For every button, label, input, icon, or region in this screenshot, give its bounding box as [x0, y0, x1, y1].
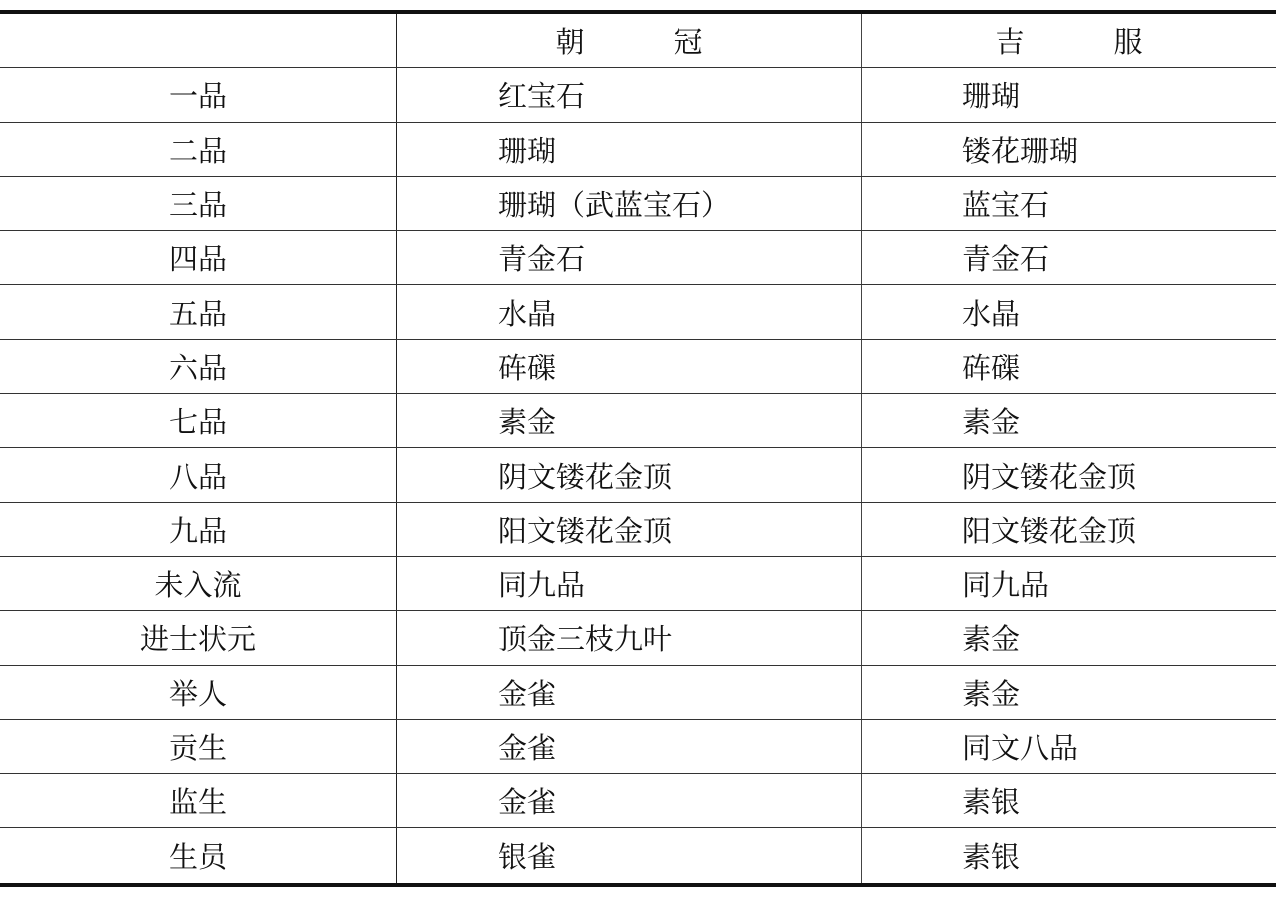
- table-row: 九品 阳文镂花金顶 阳文镂花金顶: [0, 503, 1276, 557]
- header-chaoguan-label: 朝 冠: [555, 20, 732, 61]
- jifu-cell: 素金: [862, 666, 1276, 719]
- rank-cell: 五品: [0, 285, 397, 338]
- chaoguan-cell: 素金: [397, 394, 862, 447]
- rank-cell: 未入流: [0, 557, 397, 610]
- jifu-cell: 青金石: [862, 231, 1276, 284]
- jifu-cell: 素银: [862, 828, 1276, 882]
- chaoguan-cell: 金雀: [397, 774, 862, 827]
- rank-cell: 贡生: [0, 720, 397, 773]
- table-row: 六品 砗磲 砗磲: [0, 340, 1276, 394]
- rank-cell: 监生: [0, 774, 397, 827]
- chaoguan-cell: 青金石: [397, 231, 862, 284]
- jifu-cell: 镂花珊瑚: [862, 123, 1276, 176]
- rank-cell: 七品: [0, 394, 397, 447]
- table-row: 五品 水晶 水晶: [0, 285, 1276, 339]
- table-header-row: 朝 冠 吉 服: [0, 14, 1276, 68]
- table-row: 未入流 同九品 同九品: [0, 557, 1276, 611]
- chaoguan-cell: 水晶: [397, 285, 862, 338]
- table-row: 三品 珊瑚（武蓝宝石） 蓝宝石: [0, 177, 1276, 231]
- chaoguan-cell: 金雀: [397, 720, 862, 773]
- jifu-cell: 砗磲: [862, 340, 1276, 393]
- jifu-cell: 素银: [862, 774, 1276, 827]
- jifu-cell: 阳文镂花金顶: [862, 503, 1276, 556]
- rank-insignia-table: 朝 冠 吉 服 一品 红宝石 珊瑚 二品 珊瑚 镂花珊瑚 三品 珊瑚（武蓝宝石）…: [0, 10, 1276, 887]
- table-row: 贡生 金雀 同文八品: [0, 720, 1276, 774]
- table-row: 七品 素金 素金: [0, 394, 1276, 448]
- table-row: 监生 金雀 素银: [0, 774, 1276, 828]
- chaoguan-cell: 阳文镂花金顶: [397, 503, 862, 556]
- jifu-cell: 同九品: [862, 557, 1276, 610]
- chaoguan-cell: 银雀: [397, 828, 862, 882]
- rank-cell: 二品: [0, 123, 397, 176]
- table-row: 一品 红宝石 珊瑚: [0, 68, 1276, 122]
- header-cell-chaoguan: 朝 冠: [397, 14, 862, 67]
- jifu-cell: 珊瑚: [862, 68, 1276, 121]
- jifu-cell: 阴文镂花金顶: [862, 448, 1276, 501]
- rank-cell: 九品: [0, 503, 397, 556]
- chaoguan-cell: 红宝石: [397, 68, 862, 121]
- header-cell-rank: [0, 14, 397, 67]
- chaoguan-cell: 珊瑚（武蓝宝石）: [397, 177, 862, 230]
- rank-cell: 一品: [0, 68, 397, 121]
- rank-cell: 八品: [0, 448, 397, 501]
- header-cell-jifu: 吉 服: [862, 14, 1276, 67]
- rank-cell: 进士状元: [0, 611, 397, 664]
- chaoguan-cell: 阴文镂花金顶: [397, 448, 862, 501]
- chaoguan-cell: 金雀: [397, 666, 862, 719]
- jifu-cell: 蓝宝石: [862, 177, 1276, 230]
- jifu-cell: 素金: [862, 394, 1276, 447]
- jifu-cell: 水晶: [862, 285, 1276, 338]
- table-row: 八品 阴文镂花金顶 阴文镂花金顶: [0, 448, 1276, 502]
- table-row: 举人 金雀 素金: [0, 666, 1276, 720]
- rank-cell: 六品: [0, 340, 397, 393]
- jifu-cell: 素金: [862, 611, 1276, 664]
- chaoguan-cell: 同九品: [397, 557, 862, 610]
- rank-cell: 举人: [0, 666, 397, 719]
- jifu-cell: 同文八品: [862, 720, 1276, 773]
- chaoguan-cell: 珊瑚: [397, 123, 862, 176]
- rank-cell: 三品: [0, 177, 397, 230]
- chaoguan-cell: 砗磲: [397, 340, 862, 393]
- table-row: 二品 珊瑚 镂花珊瑚: [0, 123, 1276, 177]
- table-row: 四品 青金石 青金石: [0, 231, 1276, 285]
- table-row: 生员 银雀 素银: [0, 828, 1276, 882]
- table-row: 进士状元 顶金三枝九叶 素金: [0, 611, 1276, 665]
- rank-cell: 四品: [0, 231, 397, 284]
- header-jifu-label: 吉 服: [995, 20, 1172, 61]
- rank-cell: 生员: [0, 828, 397, 882]
- chaoguan-cell: 顶金三枝九叶: [397, 611, 862, 664]
